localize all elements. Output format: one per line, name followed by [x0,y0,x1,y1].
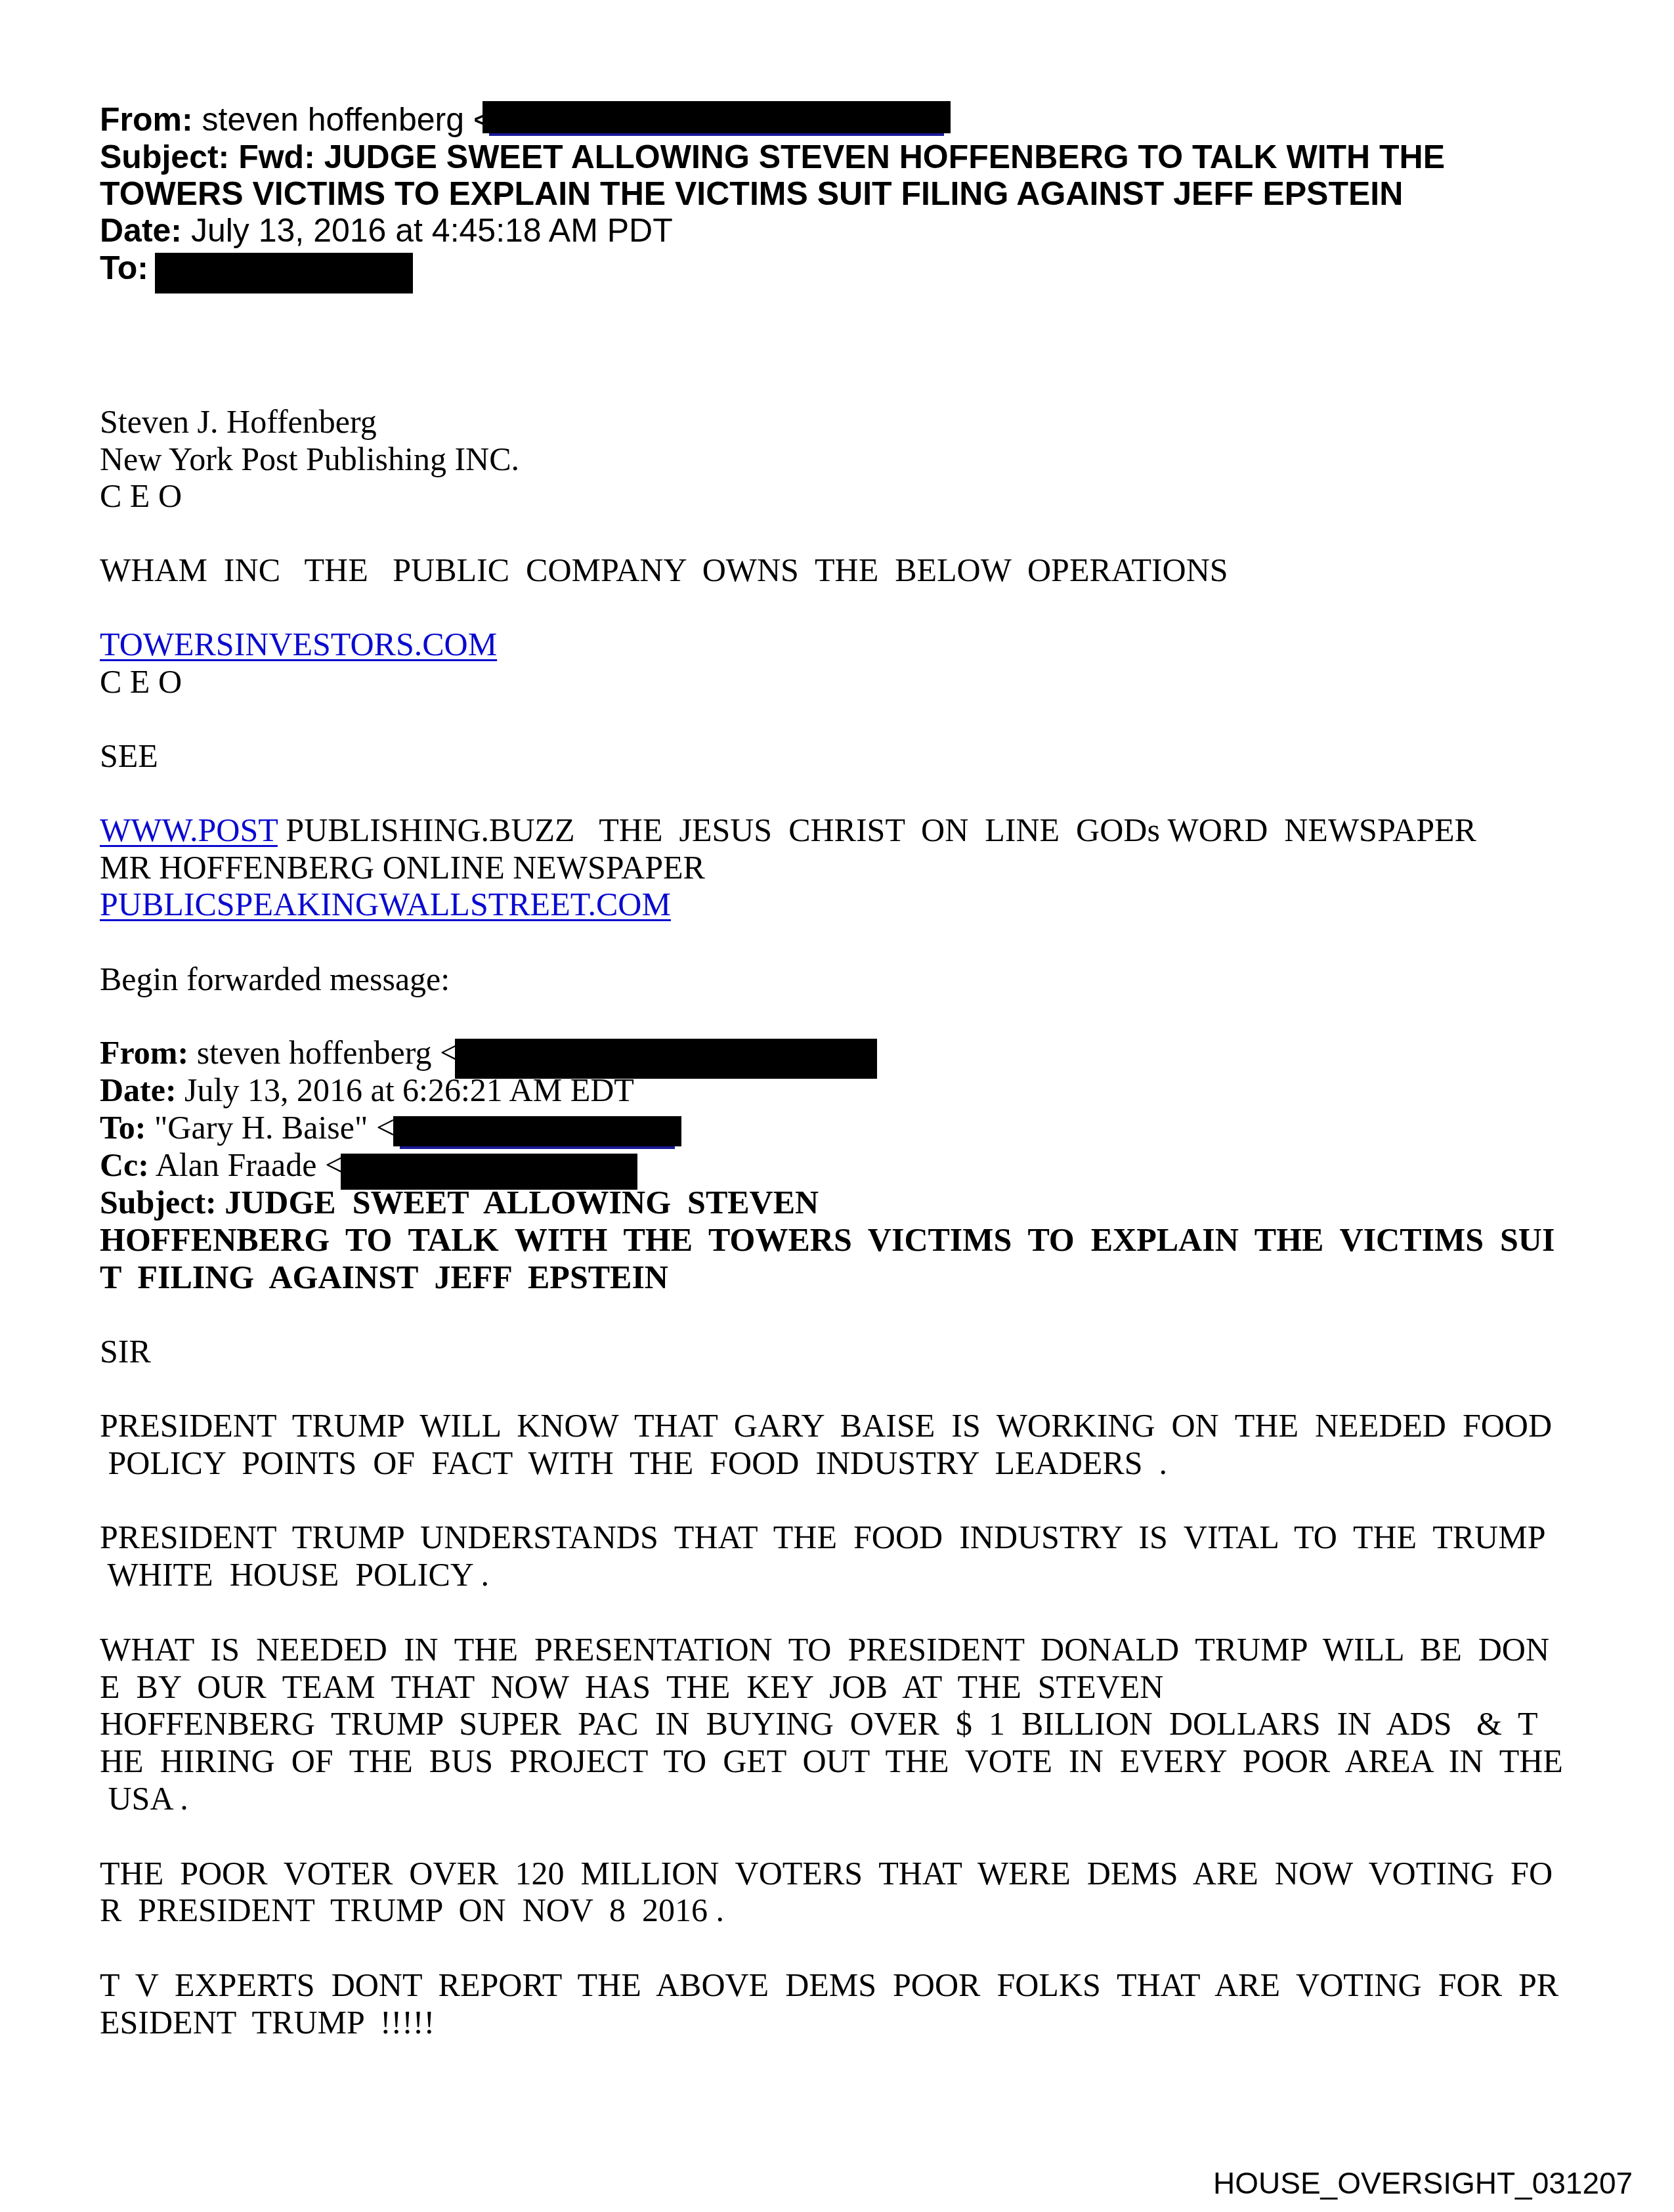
header-subject-line2: TOWERS VICTIMS TO EXPLAIN THE VICTIMS SU… [100,177,1403,210]
fwd-date: Date: July 13, 2016 at 6:26:21 AM EDT [100,1073,634,1106]
body-line: POLICY POINTS OF FACT WITH THE FOOD INDU… [100,1446,1167,1479]
to-label: To: [100,249,148,286]
fwd-subject-label: Subject: [100,1184,217,1221]
body-line: E BY OUR TEAM THAT NOW HAS THE KEY JOB A… [100,1670,1163,1703]
see-label: SEE [100,739,158,772]
body-line: HE HIRING OF THE BUS PROJECT TO GET OUT … [100,1745,1563,1777]
signature-name: Steven J. Hoffenberg [100,405,377,438]
salutation: SIR [100,1335,151,1368]
body-line: WHAT IS NEEDED IN THE PRESENTATION TO PR… [100,1633,1549,1666]
header-date: Date: July 13, 2016 at 4:45:18 AM PDT [100,214,673,247]
signature-company: New York Post Publishing INC. [100,443,519,475]
fwd-subject-line3: T FILING AGAINST JEFF EPSTEIN [100,1261,668,1293]
body-line: ESIDENT TRUMP !!!!! [100,2006,435,2039]
body-line: PRESIDENT TRUMP UNDERSTANDS THAT THE FOO… [100,1521,1545,1553]
fwd-date-label: Date: [100,1072,177,1108]
fwd-to: To: "Gary H. Baise" < [100,1111,395,1144]
fwd-date-value: July 13, 2016 at 6:26:21 AM EDT [177,1072,634,1108]
date-label: Date: [100,212,182,249]
body-line: THE POOR VOTER OVER 120 MILLION VOTERS T… [100,1857,1553,1890]
link-towersinvestors-row: TOWERSINVESTORS.COM [100,628,497,661]
body-line: PRESIDENT TRUMP WILL KNOW THAT GARY BAIS… [100,1409,1552,1442]
redaction-from-email [483,101,951,133]
link-www-post[interactable]: WWW.POST [100,812,278,848]
signature-title-2: C E O [100,665,182,698]
redaction-underline [400,1146,675,1149]
fwd-from-value: steven hoffenberg < [188,1034,458,1071]
fwd-subject-text: JUDGE SWEET ALLOWING STEVEN [217,1184,819,1221]
bates-number: HOUSE_OVERSIGHT_031207 [1213,2168,1633,2198]
date-value: July 13, 2016 at 4:45:18 AM PDT [191,212,673,249]
fwd-cc-value: Alan Fraade < [149,1146,343,1183]
redaction-fwd-to-email [393,1116,681,1146]
forward-intro: Begin forwarded message: [100,963,450,995]
fwd-from: From: steven hoffenberg < [100,1036,458,1069]
from-label: From: [100,101,193,138]
post-publishing-text: PUBLISHING.BUZZ THE JESUS CHRIST ON LINE… [278,812,1476,848]
subject-label: Subject: [100,139,229,175]
fwd-to-value: "Gary H. Baise" < [146,1109,395,1146]
header-to: To: [100,251,148,284]
subject-text: Fwd: JUDGE SWEET ALLOWING STEVEN HOFFENB… [238,139,1445,175]
body-line: HOFFENBERG TRUMP SUPER PAC IN BUYING OVE… [100,1707,1538,1740]
ownership-statement: WHAM INC THE PUBLIC COMPANY OWNS THE BEL… [100,553,1228,586]
link-publicspeakingwallstreet[interactable]: PUBLICSPEAKINGWALLSTREET.COM [100,886,671,922]
redaction-underline [489,133,944,136]
header-subject-line1: Subject: Fwd: JUDGE SWEET ALLOWING STEVE… [100,141,1445,173]
fwd-to-label: To: [100,1109,146,1146]
body-line: T V EXPERTS DONT REPORT THE ABOVE DEMS P… [100,1968,1558,2001]
link-publicspeaking-row: PUBLICSPEAKINGWALLSTREET.COM [100,888,671,921]
fwd-cc: Cc: Alan Fraade < [100,1148,343,1181]
fwd-from-label: From: [100,1034,188,1071]
fwd-cc-label: Cc: [100,1146,149,1183]
fwd-subject-line2: HOFFENBERG TO TALK WITH THE TOWERS VICTI… [100,1223,1555,1256]
redaction-to [155,253,413,293]
signature-title: C E O [100,479,182,512]
body-line: R PRESIDENT TRUMP ON NOV 8 2016 . [100,1894,724,1926]
post-publishing-row: WWW.POST PUBLISHING.BUZZ THE JESUS CHRIS… [100,813,1476,846]
link-towersinvestors[interactable]: TOWERSINVESTORS.COM [100,626,497,662]
fwd-subject-line1: Subject: JUDGE SWEET ALLOWING STEVEN [100,1186,819,1219]
header-from: From: steven hoffenberg < [100,103,492,136]
online-newspaper: MR HOFFENBERG ONLINE NEWSPAPER [100,851,705,884]
from-value: steven hoffenberg < [202,101,492,138]
body-line: USA . [100,1782,188,1815]
body-line: WHITE HOUSE POLICY . [100,1558,489,1591]
